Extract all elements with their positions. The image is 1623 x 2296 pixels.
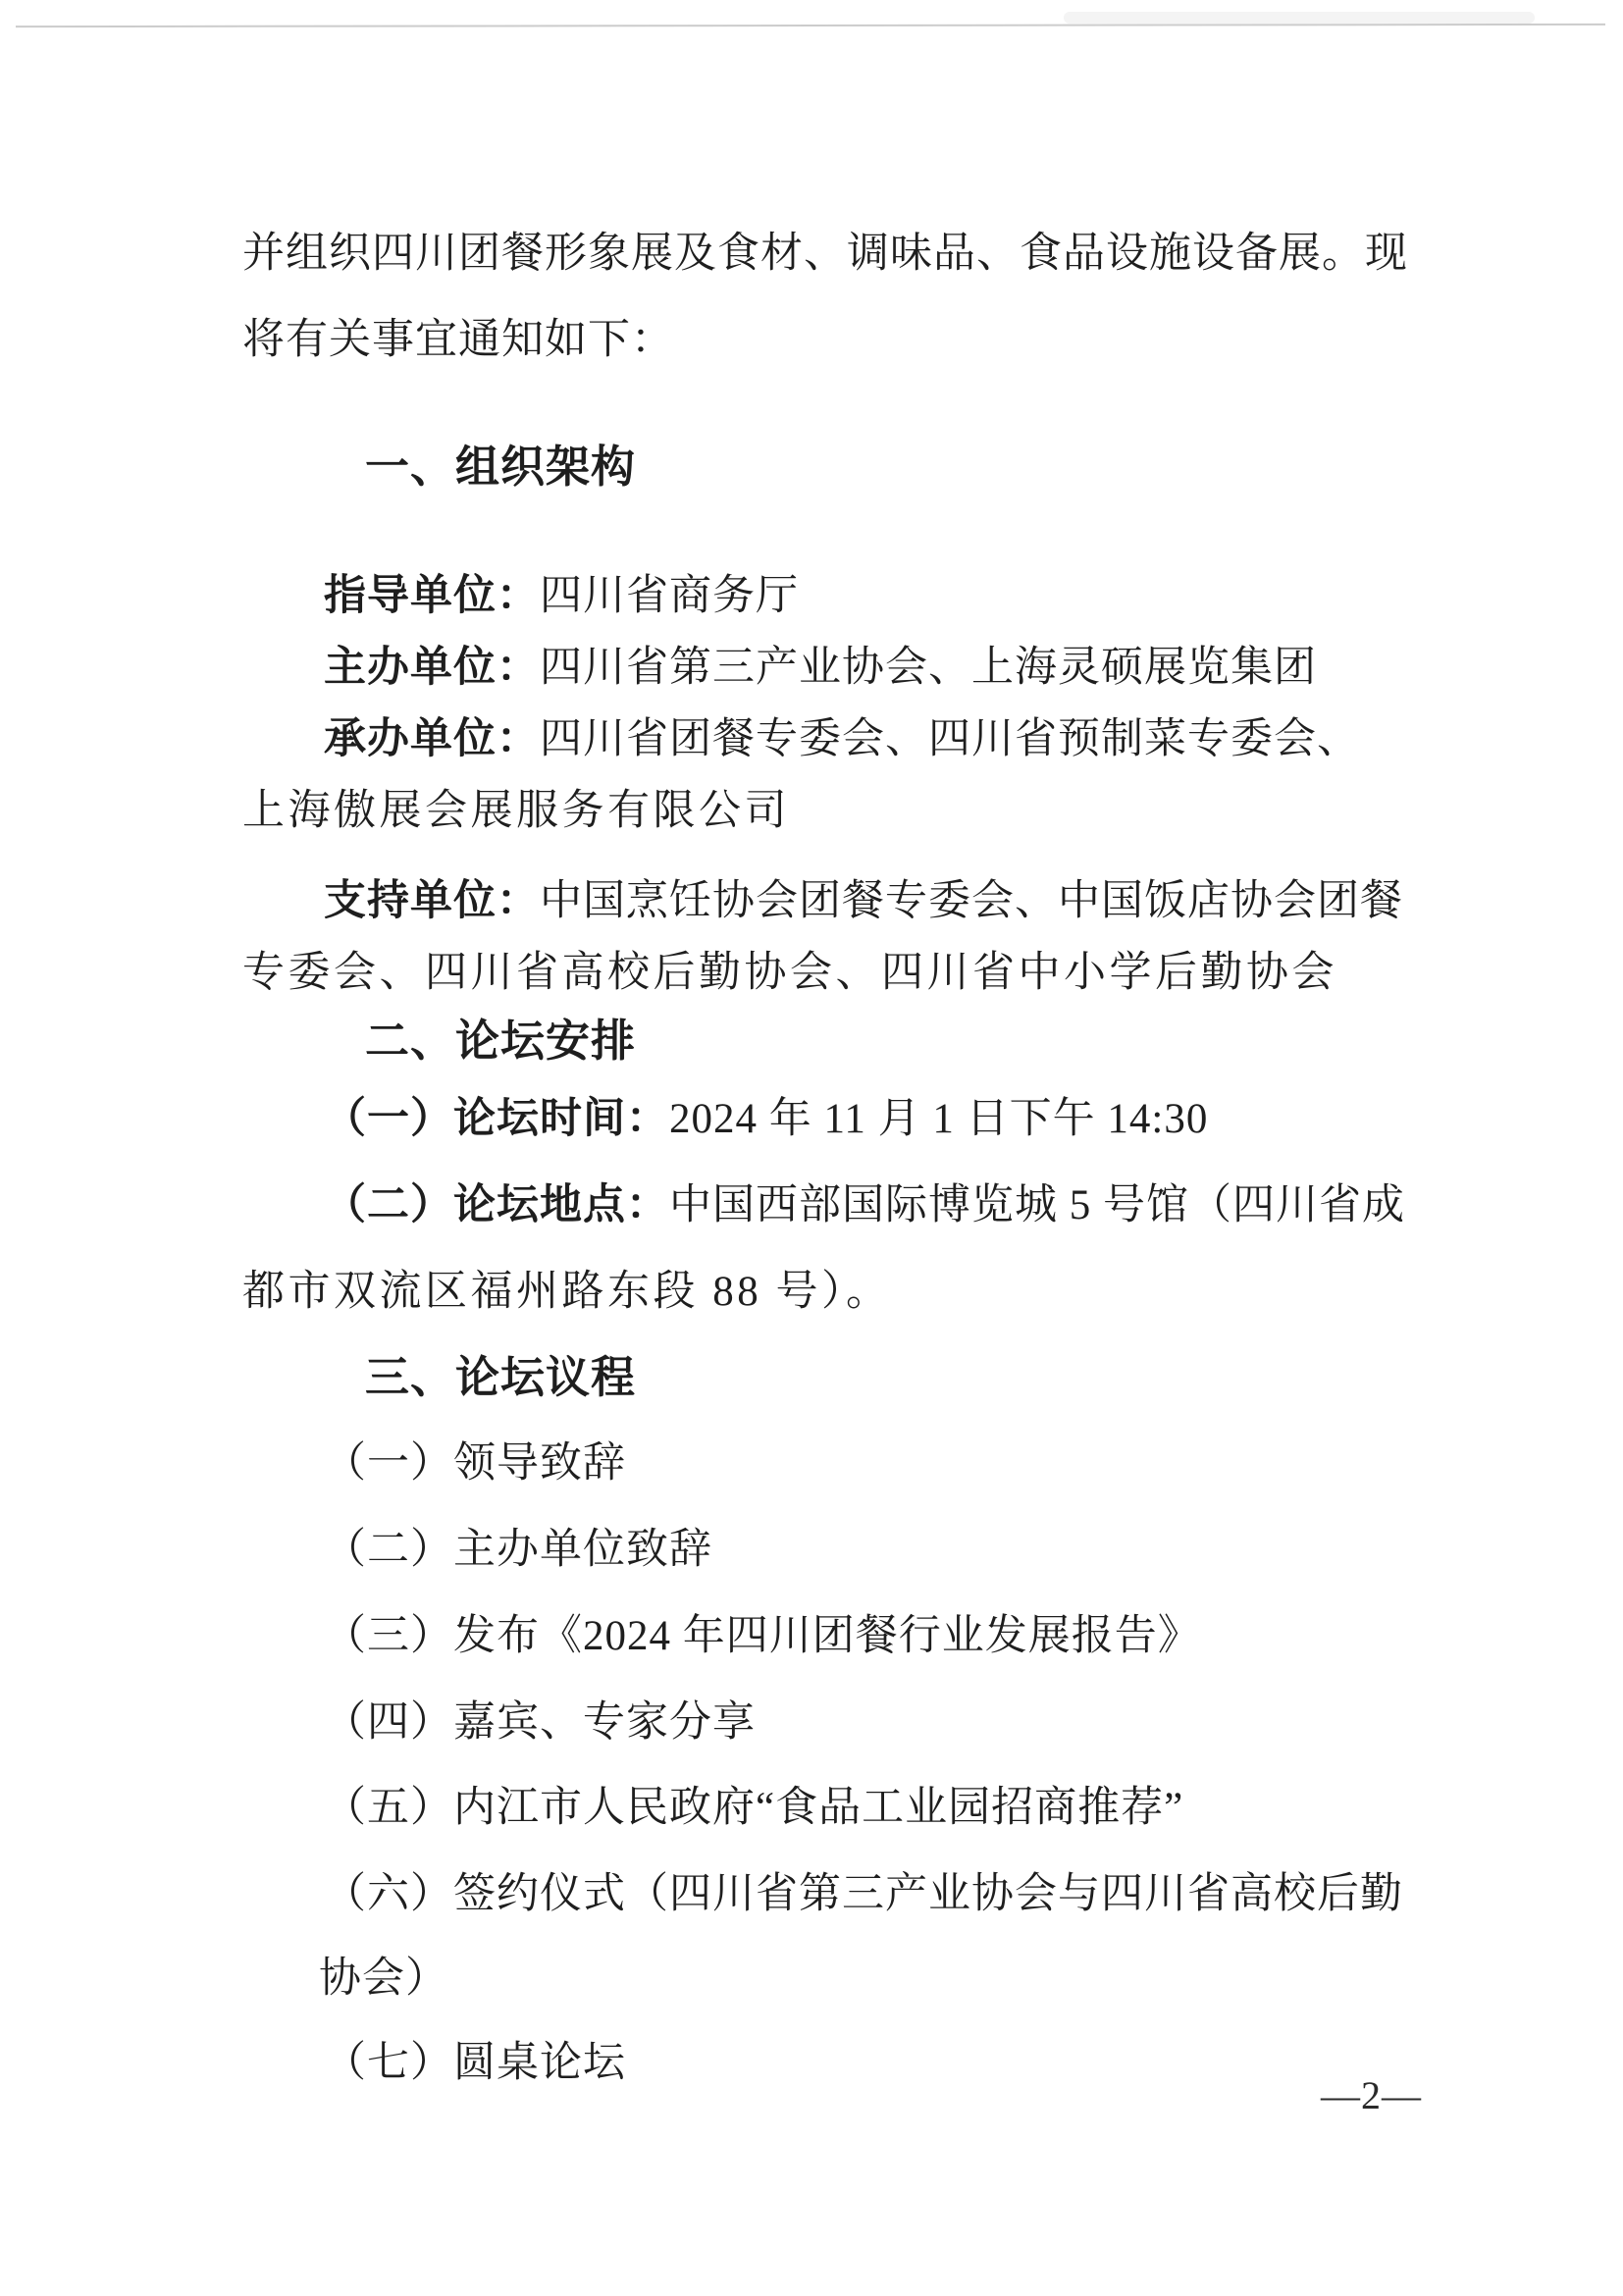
item-label: （二）论坛地点： — [324, 1182, 669, 1228]
item-text: （六）签约仪式（四川省第三产业协会与四川省高校后勤 — [324, 1871, 1403, 1917]
unit-line-organizer: 承办单位：四川省团餐专委会、四川省预制菜专委会、 — [324, 714, 1360, 765]
item-text: 协会） — [319, 1956, 448, 2002]
agenda-item-6-continuation: 协会） — [319, 1954, 448, 2005]
agenda-item-1: （一）领导致辞 — [324, 1438, 626, 1489]
heading-text: 一、组织架构 — [365, 443, 636, 492]
item-text: （一）领导致辞 — [324, 1440, 626, 1487]
item-forum-time: （一）论坛时间：2024 年 11 月 1 日下午 14:30 — [324, 1094, 1208, 1145]
line-text: 都市双流区福州路东段 88 号）。 — [242, 1269, 892, 1315]
heading-text: 二、论坛安排 — [365, 1017, 636, 1066]
agenda-item-2: （二）主办单位致辞 — [324, 1525, 712, 1576]
item-value: 中国西部国际博览城 5 号馆（四川省成 — [669, 1182, 1405, 1228]
section-heading-forum-agenda: 三、论坛议程 — [365, 1352, 636, 1403]
agenda-item-7: （七）圆桌论坛 — [324, 2038, 626, 2089]
body-text-line: 将有关事宜通知如下： — [242, 315, 674, 366]
unit-line-organizer-continuation: 上海傲展会展服务有限公司 — [242, 786, 790, 837]
section-heading-forum-arrangement: 二、论坛安排 — [365, 1016, 636, 1067]
scan-artifact-smudge — [1064, 12, 1535, 24]
agenda-item-5: （五）内江市人民政府“食品工业园招商推荐” — [324, 1783, 1183, 1834]
body-text-line: 并组织四川团餐形象展及食材、调味品、食品设施设备展。现 — [242, 229, 1408, 280]
unit-label: 主办单位： — [324, 645, 540, 691]
unit-value: 四川省第三产业协会、上海灵硕展览集团 — [540, 645, 1317, 691]
item-text: （五）内江市人民政府“食品工业园招商推荐” — [324, 1785, 1183, 1831]
unit-label: 支持单位： — [324, 878, 540, 924]
section-heading-organization: 一、组织架构 — [365, 442, 636, 493]
unit-line-guidance: 指导单位：四川省商务厅 — [324, 571, 799, 622]
line-text: 将有关事宜通知如下： — [242, 317, 674, 363]
unit-label: 承办单位： — [324, 716, 540, 762]
agenda-item-3: （三）发布《2024 年四川团餐行业发展报告》 — [324, 1611, 1201, 1662]
agenda-item-4: （四）嘉宾、专家分享 — [324, 1697, 756, 1748]
unit-value: 四川省团餐专委会、四川省预制菜专委会、 — [540, 716, 1360, 762]
unit-line-support: 支持单位：中国烹饪协会团餐专委会、中国饭店协会团餐 — [324, 876, 1403, 927]
unit-value: 中国烹饪协会团餐专委会、中国饭店协会团餐 — [540, 878, 1403, 924]
unit-line-host: 主办单位：四川省第三产业协会、上海灵硕展览集团 — [324, 643, 1317, 694]
unit-line-support-continuation: 专委会、四川省高校后勤协会、四川省中小学后勤协会 — [242, 948, 1337, 999]
line-text: 专委会、四川省高校后勤协会、四川省中小学后勤协会 — [242, 950, 1337, 996]
scanned-document-page: 并组织四川团餐形象展及食材、调味品、食品设施设备展。现 将有关事宜通知如下： 一… — [0, 0, 1623, 2296]
item-forum-venue-continuation: 都市双流区福州路东段 88 号）。 — [242, 1267, 892, 1318]
page-number: —2— — [1321, 2072, 1422, 2118]
scan-artifact-line — [16, 24, 1605, 27]
unit-value: 四川省商务厅 — [540, 573, 799, 619]
item-forum-venue: （二）论坛地点：中国西部国际博览城 5 号馆（四川省成 — [324, 1180, 1405, 1231]
item-text: （七）圆桌论坛 — [324, 2040, 626, 2086]
unit-label: 指导单位： — [324, 573, 540, 619]
agenda-item-6: （六）签约仪式（四川省第三产业协会与四川省高校后勤 — [324, 1869, 1403, 1920]
line-text: 并组织四川团餐形象展及食材、调味品、食品设施设备展。现 — [242, 231, 1408, 277]
item-label: （一）论坛时间： — [324, 1096, 669, 1142]
heading-text: 三、论坛议程 — [365, 1353, 636, 1402]
item-text: （三）发布《2024 年四川团餐行业发展报告》 — [324, 1613, 1201, 1659]
item-text: （四）嘉宾、专家分享 — [324, 1699, 756, 1746]
line-text: 上海傲展会展服务有限公司 — [242, 788, 790, 834]
item-value: 2024 年 11 月 1 日下午 14:30 — [669, 1096, 1208, 1142]
item-text: （二）主办单位致辞 — [324, 1527, 712, 1573]
